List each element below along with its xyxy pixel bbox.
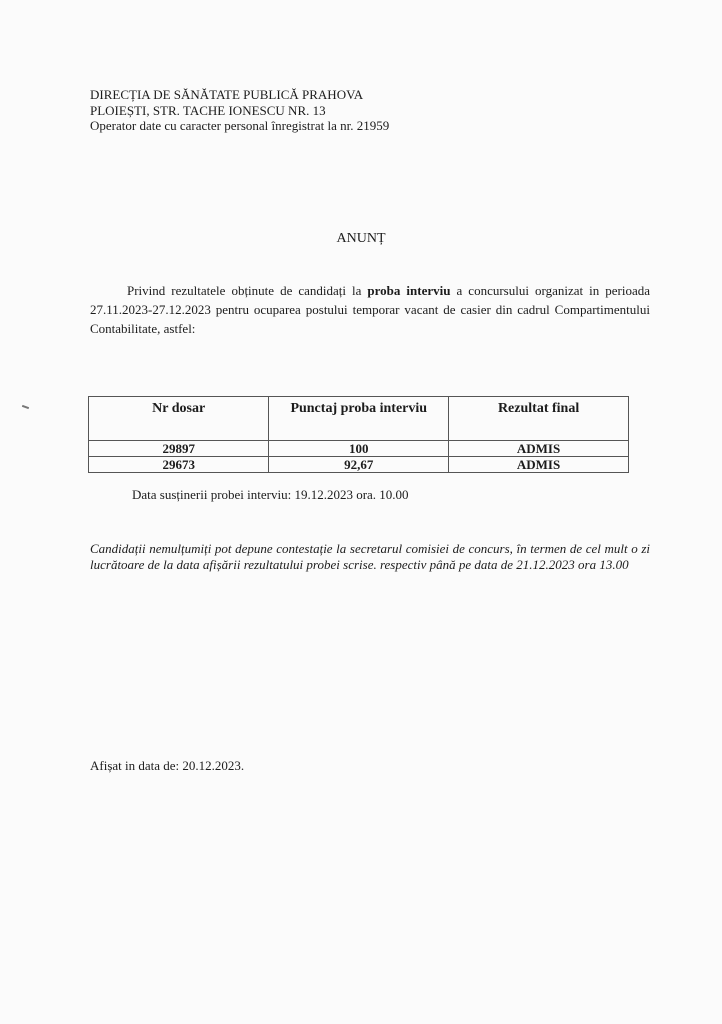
- intro-text-bold: proba interviu: [367, 283, 450, 298]
- intro-text-start: Privind rezultatele obținute de candidaț…: [127, 283, 367, 298]
- table-row: 29897 100 ADMIS: [89, 441, 629, 457]
- table-row: 29673 92,67 ADMIS: [89, 457, 629, 473]
- appeal-notice: Candidații nemulțumiți pot depune contes…: [90, 541, 650, 573]
- institution-header: DIRECȚIA DE SĂNĂTATE PUBLICĂ PRAHOVA PLO…: [90, 87, 389, 134]
- document-title: ANUNȚ: [0, 231, 722, 247]
- cell-rezultat: ADMIS: [449, 441, 629, 457]
- interview-date: Data susținerii probei interviu: 19.12.2…: [132, 487, 409, 503]
- table-header-row: Nr dosar Punctaj proba interviu Rezultat…: [89, 397, 629, 441]
- data-operator-note: Operator date cu caracter personal înreg…: [90, 118, 389, 134]
- cell-nr-dosar: 29897: [89, 441, 269, 457]
- scan-speck: [22, 405, 29, 409]
- cell-punctaj: 100: [269, 441, 449, 457]
- cell-punctaj: 92,67: [269, 457, 449, 473]
- results-table: Nr dosar Punctaj proba interviu Rezultat…: [88, 396, 629, 473]
- posted-date: Afișat in data de: 20.12.2023.: [90, 758, 244, 774]
- intro-paragraph: Privind rezultatele obținute de candidaț…: [90, 281, 650, 338]
- cell-nr-dosar: 29673: [89, 457, 269, 473]
- cell-rezultat: ADMIS: [449, 457, 629, 473]
- header-nr-dosar: Nr dosar: [89, 397, 269, 441]
- institution-address: PLOIEȘTI, STR. TACHE IONESCU NR. 13: [90, 103, 389, 119]
- institution-name: DIRECȚIA DE SĂNĂTATE PUBLICĂ PRAHOVA: [90, 87, 389, 103]
- header-punctaj: Punctaj proba interviu: [269, 397, 449, 441]
- header-rezultat: Rezultat final: [449, 397, 629, 441]
